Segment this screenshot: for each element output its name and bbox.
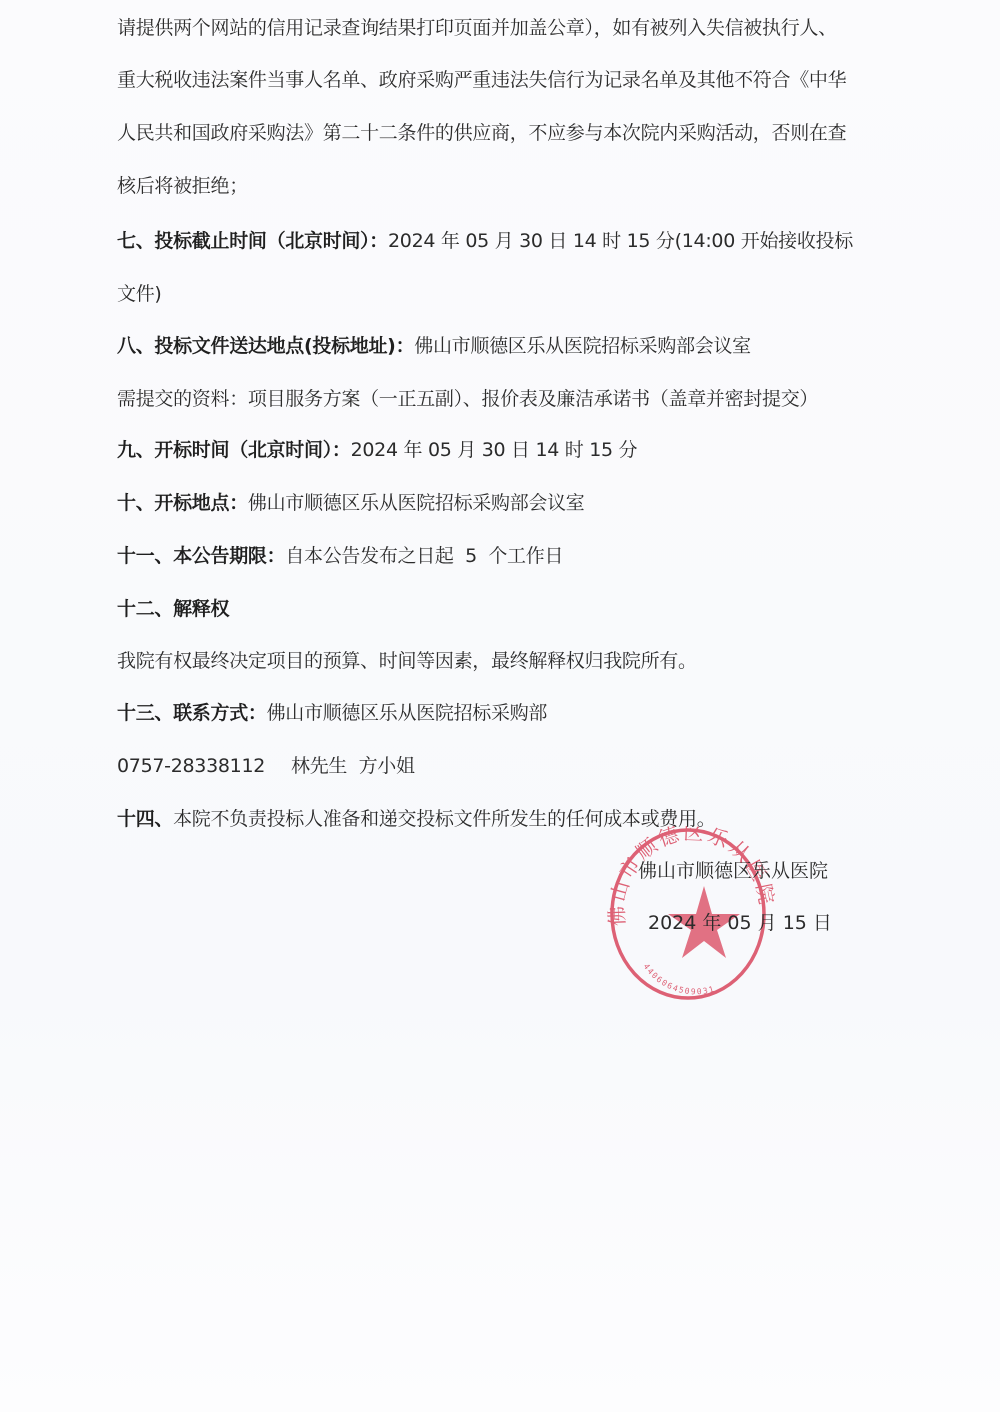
section-13-contact: 十三、联系方式：佛山市顺德区乐从医院招标采购部 <box>117 700 547 726</box>
section-9-opening-time: 九、开标时间（北京时间）：2024 年 05 月 30 日 14 时 15 分 <box>117 437 637 463</box>
paragraph-line-3: 人民共和国政府采购法》第二十二条件的供应商，不应参与本次院内采购活动，否则在查 <box>117 120 846 146</box>
seal-serial-number: 4406064509031 <box>642 962 717 996</box>
section-12-text: 我院有权最终决定项目的预算、时间等因素，最终解释权归我院所有。 <box>117 648 697 674</box>
contact-phone: 0757-28338112 <box>117 755 265 777</box>
paragraph-line-2: 重大税收违法案件当事人名单、政府采购严重违法失信行为记录名单及其他不符合《中华 <box>117 67 846 93</box>
section-13-heading: 十三、联系方式： <box>117 702 267 724</box>
section-7-text: 2024 年 05 月 30 日 14 时 15 分(14:00 开始接收投标 <box>388 230 853 252</box>
section-9-heading: 九、开标时间（北京时间）： <box>117 439 351 461</box>
section-7-heading: 七、投标截止时间（北京时间）： <box>117 230 388 252</box>
signature-date: 2024 年 05 月 15 日 <box>648 910 832 936</box>
section-11-text: 自本公告发布之日起 5 个工作日 <box>285 545 563 567</box>
section-9-text: 2024 年 05 月 30 日 14 时 15 分 <box>351 439 638 461</box>
section-8-materials: 需提交的资料：项目服务方案（一正五副）、报价表及廉洁承诺书（盖章并密封提交） <box>117 386 818 412</box>
section-11-notice-period: 十一、本公告期限：自本公告发布之日起 5 个工作日 <box>117 543 563 569</box>
section-14-heading: 十四、 <box>117 808 173 830</box>
signature-organization: 佛山市顺德区乐从医院 <box>638 858 828 884</box>
section-10-opening-location: 十、开标地点：佛山市顺德区乐从医院招标采购部会议室 <box>117 490 585 516</box>
section-10-text: 佛山市顺德区乐从医院招标采购部会议室 <box>248 492 585 514</box>
section-13-text: 佛山市顺德区乐从医院招标采购部 <box>267 702 548 724</box>
section-14-disclaimer: 十四、本院不负责投标人准备和递交投标文件所发生的任何成本或费用。 <box>117 806 715 832</box>
section-7-continuation: 文件) <box>117 281 162 307</box>
section-8-submission-location: 八、投标文件送达地点(投标地址)：佛山市顺德区乐从医院招标采购部会议室 <box>117 333 751 359</box>
section-7-deadline: 七、投标截止时间（北京时间）：2024 年 05 月 30 日 14 时 15 … <box>117 228 853 254</box>
section-14-text: 本院不负责投标人准备和递交投标文件所发生的任何成本或费用。 <box>173 808 715 830</box>
section-10-heading: 十、开标地点： <box>117 492 248 514</box>
section-11-heading: 十一、本公告期限： <box>117 545 285 567</box>
section-8-heading: 八、投标文件送达地点(投标地址)： <box>117 335 414 357</box>
section-13-phone-line: 0757-28338112林先生 方小姐 <box>117 753 415 779</box>
section-12-heading: 十二、解释权 <box>117 596 229 622</box>
paragraph-line-1: 请提供两个网站的信用记录查询结果打印页面并加盖公章），如有被列入失信被执行人、 <box>117 15 837 41</box>
document-page: 请提供两个网站的信用记录查询结果打印页面并加盖公章），如有被列入失信被执行人、 … <box>0 0 1000 1412</box>
paragraph-line-4: 核后将被拒绝； <box>117 173 248 199</box>
contact-persons: 林先生 方小姐 <box>291 755 415 777</box>
section-8-text: 佛山市顺德区乐从医院招标采购部会议室 <box>414 335 751 357</box>
svg-text:4406064509031: 4406064509031 <box>642 962 717 996</box>
